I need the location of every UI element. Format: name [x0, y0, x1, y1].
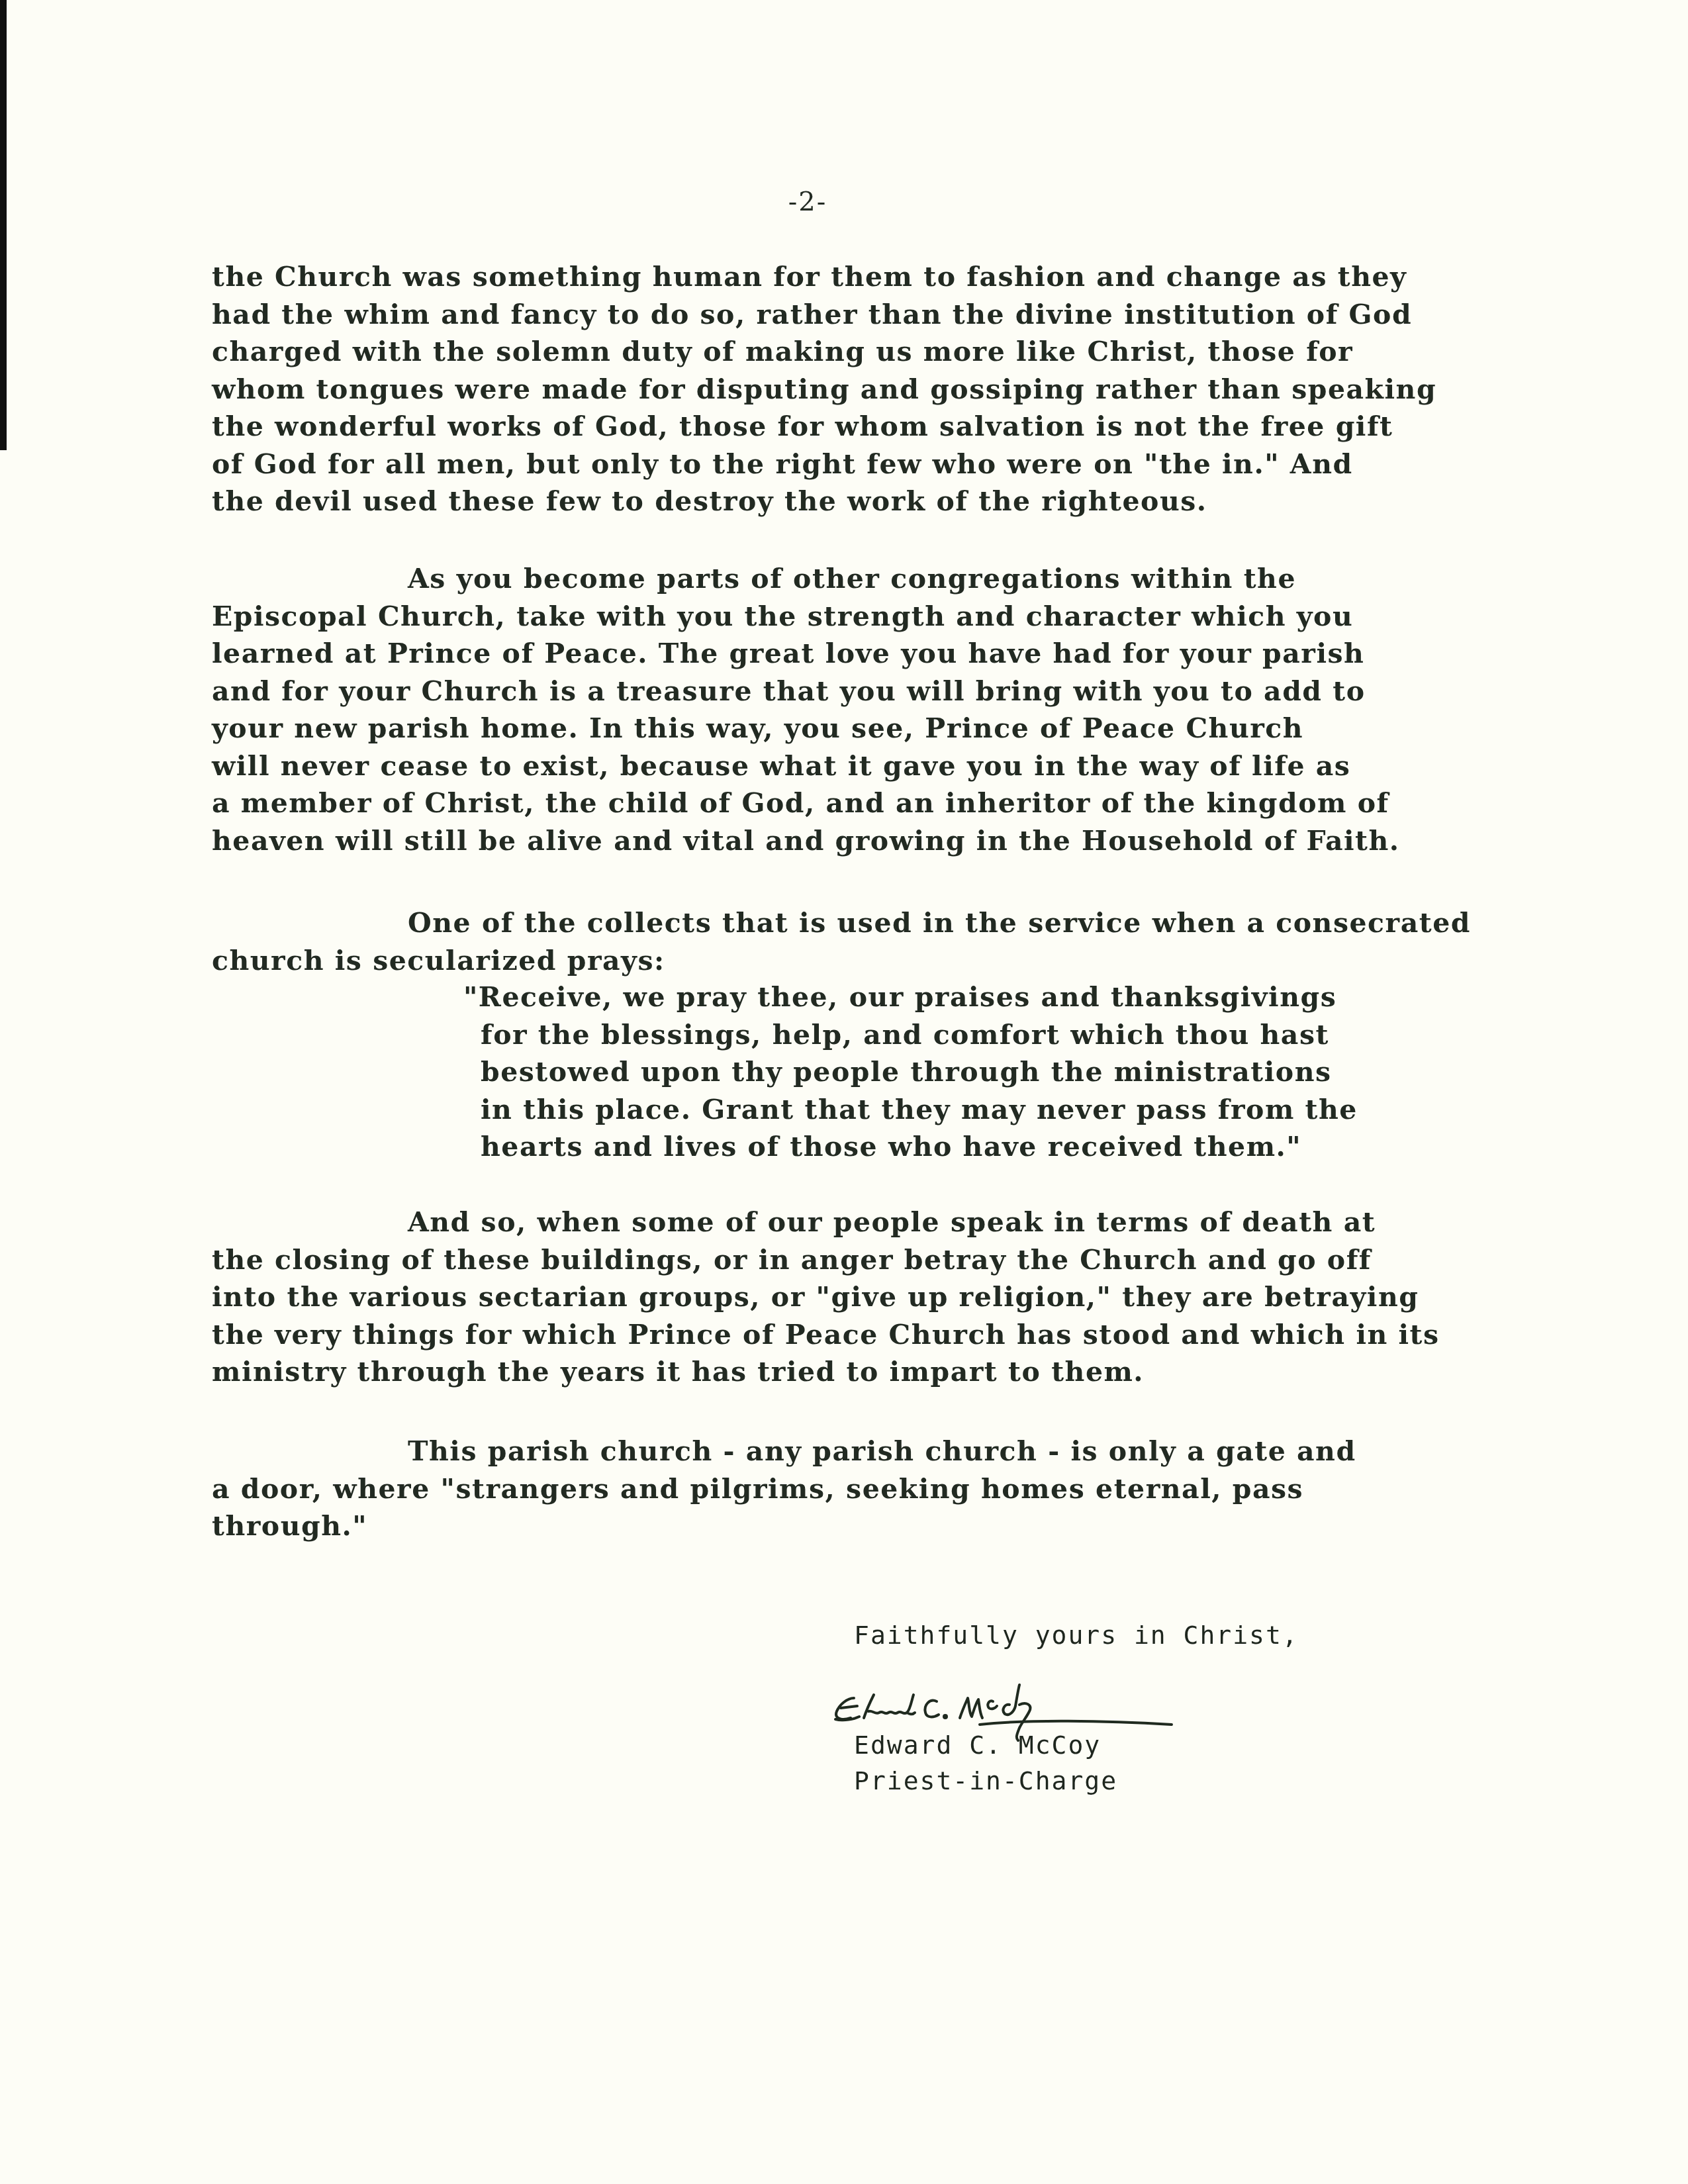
- text-line: had the whim and fancy to do so, rather …: [212, 296, 1509, 334]
- paragraph-1: the Church was something human for them …: [212, 258, 1509, 520]
- quote-line: "Receive, we pray thee, our praises and …: [463, 978, 1358, 1016]
- text-line: This parish church - any parish church -…: [212, 1433, 1509, 1470]
- text-line: through.": [212, 1507, 1509, 1545]
- text-line: church is secularized prays:: [212, 942, 1509, 980]
- text-line: As you become parts of other congregatio…: [212, 560, 1509, 598]
- quote-line: hearts and lives of those who have recei…: [463, 1128, 1358, 1166]
- paragraph-5: This parish church - any parish church -…: [212, 1433, 1509, 1545]
- text-line: whom tongues were made for disputing and…: [212, 371, 1509, 408]
- text-line: a member of Christ, the child of God, an…: [212, 784, 1509, 822]
- text-line: the Church was something human for them …: [212, 258, 1509, 296]
- text-line: learned at Prince of Peace. The great lo…: [212, 635, 1509, 673]
- text-line: your new parish home. In this way, you s…: [212, 710, 1509, 747]
- paragraph-2: As you become parts of other congregatio…: [212, 560, 1509, 859]
- closing-salutation: Faithfully yours in Christ,: [854, 1621, 1299, 1650]
- text-line: the closing of these buildings, or in an…: [212, 1241, 1509, 1279]
- collect-quote: "Receive, we pray thee, our praises and …: [463, 978, 1358, 1166]
- text-line: the wonderful works of God, those for wh…: [212, 408, 1509, 446]
- paragraph-4: And so, when some of our people speak in…: [212, 1204, 1509, 1391]
- text-line: charged with the solemn duty of making u…: [212, 333, 1509, 371]
- paragraph-3: One of the collects that is used in the …: [212, 904, 1509, 979]
- quote-line: in this place. Grant that they may never…: [463, 1091, 1358, 1129]
- text-line: And so, when some of our people speak in…: [212, 1204, 1509, 1241]
- text-line: Episcopal Church, take with you the stre…: [212, 598, 1509, 636]
- text-line: the very things for which Prince of Peac…: [212, 1316, 1509, 1354]
- text-line: and for your Church is a treasure that y…: [212, 673, 1509, 710]
- text-line: a door, where "strangers and pilgrims, s…: [212, 1470, 1509, 1508]
- signer-title: Priest-in-Charge: [854, 1766, 1117, 1795]
- text-line: of God for all men, but only to the righ…: [212, 446, 1509, 483]
- text-line: will never cease to exist, because what …: [212, 747, 1509, 785]
- scan-edge-shadow: [0, 0, 7, 450]
- text-line: into the various sectarian groups, or "g…: [212, 1278, 1509, 1316]
- quote-line: bestowed upon thy people through the min…: [463, 1053, 1358, 1091]
- text-line: heaven will still be alive and vital and…: [212, 822, 1509, 860]
- text-line: One of the collects that is used in the …: [212, 904, 1509, 942]
- text-line: the devil used these few to destroy the …: [212, 483, 1509, 520]
- signer-name: Edward C. McCoy: [854, 1731, 1101, 1760]
- text-line: ministry through the years it has tried …: [212, 1353, 1509, 1391]
- page-number: -2-: [0, 187, 1615, 217]
- quote-line: for the blessings, help, and comfort whi…: [463, 1016, 1358, 1054]
